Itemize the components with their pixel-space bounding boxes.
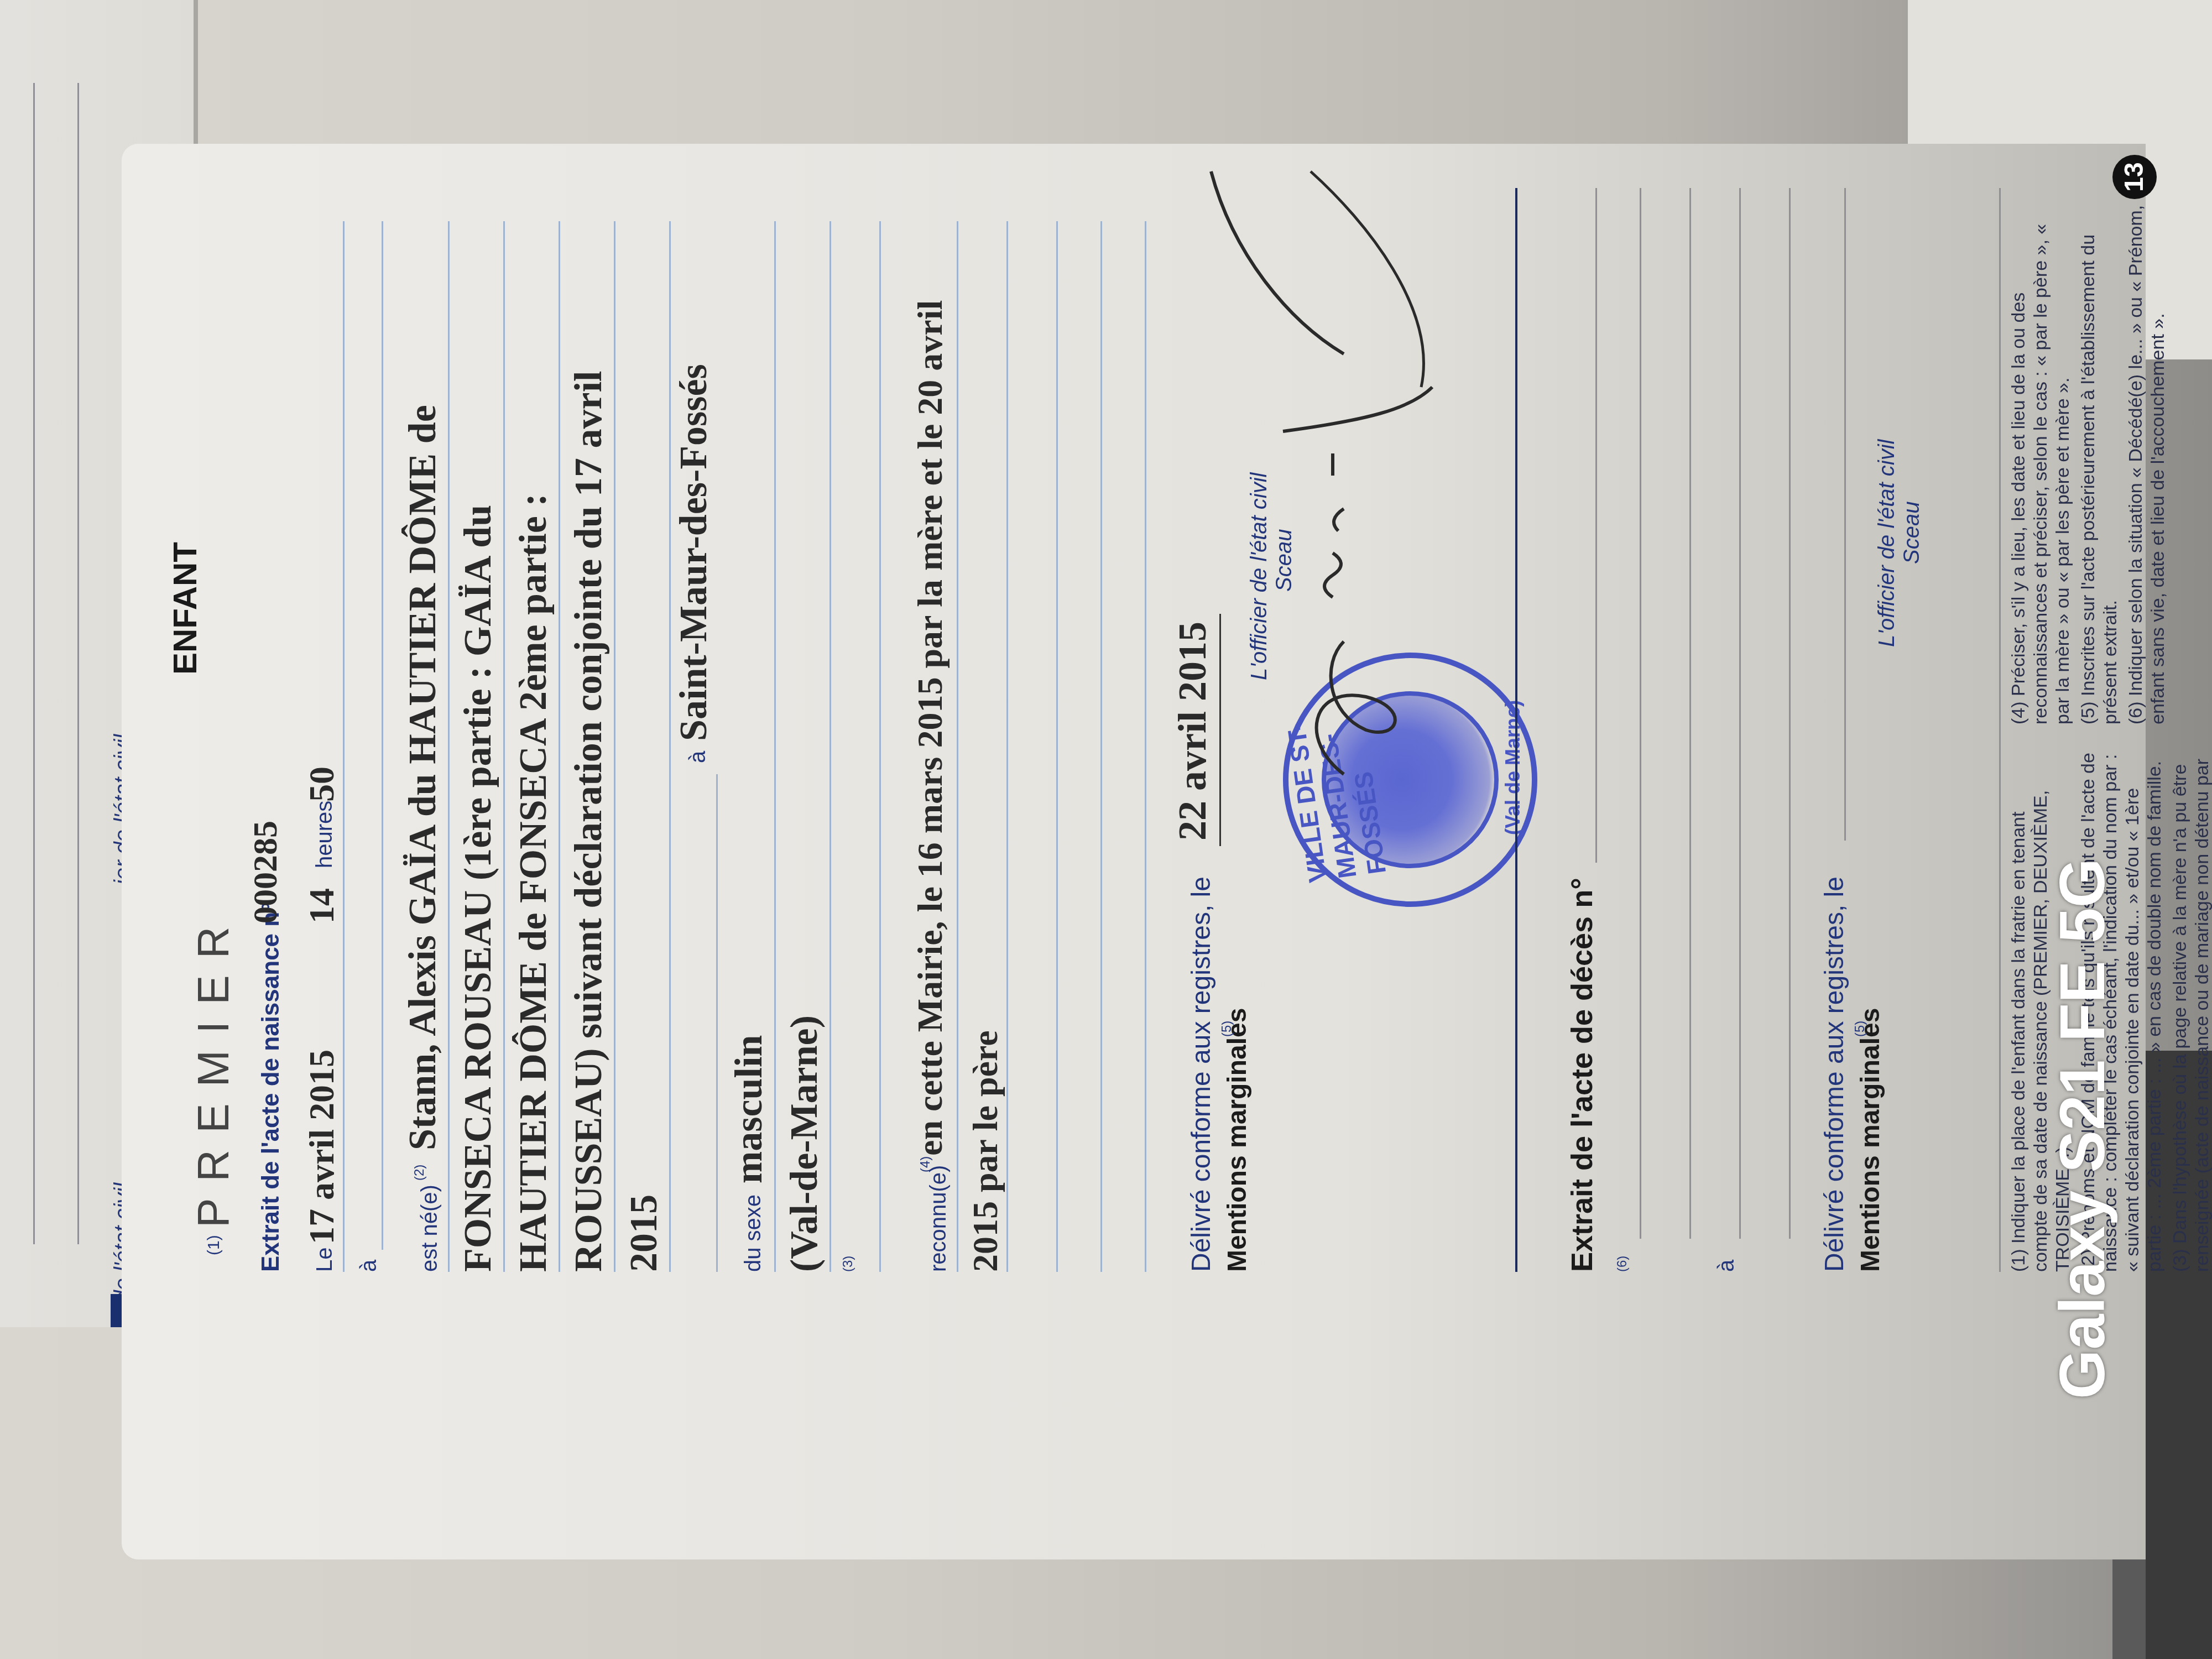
death-marginal-label: Mentions marginales xyxy=(1855,1008,1886,1272)
place-prefix: à xyxy=(357,1260,382,1272)
birth-order-note: (1) xyxy=(205,1235,223,1255)
place-at-label: à xyxy=(686,751,711,763)
death-seal-label: Sceau xyxy=(1900,502,1924,564)
death-note-6: (6) xyxy=(1615,1256,1630,1272)
death-extract-title: Extrait de l'acte de décès n° xyxy=(1565,878,1599,1272)
hours-label: heures xyxy=(312,801,337,868)
birth-date: 17 avril 2015 xyxy=(301,1050,342,1244)
department: (Val-de-Marne) xyxy=(782,1015,827,1272)
birth-extract-number: 000285 xyxy=(246,821,285,924)
death-place-label: à xyxy=(1714,1260,1739,1272)
sex-label: du sexe xyxy=(741,1194,766,1272)
footnote-4: (4) Préciser, s'il y a lieu, les date et… xyxy=(2007,199,2074,724)
officer-signature xyxy=(1200,144,1488,807)
child-name-line-1: Stann, Alexis GAÏA du HAUTIER DÔME de xyxy=(401,405,445,1150)
page-number-badge: 13 xyxy=(2112,155,2157,199)
footnote-6: (6) Indiquer selon la situation « Décédé… xyxy=(2125,199,2169,724)
child-name-line-3: HAUTIER DÔME de FONSECA 2ème partie : xyxy=(512,493,556,1272)
delivered-label: Délivré conforme aux registres, le xyxy=(1186,877,1217,1272)
born-label: est né(e) xyxy=(418,1185,442,1272)
birth-hour: 14 xyxy=(301,888,342,924)
death-delivered-label: Délivré conforme aux registres, le xyxy=(1819,877,1850,1272)
rotated-document: ier de l'état civil Sceau r de l'état ci… xyxy=(0,0,2212,1659)
child-name-line-2: FONSECA ROUSEAU (1ère partie : GAÏA du xyxy=(456,505,500,1272)
recognized-note: (4) xyxy=(918,1156,933,1172)
section-label: ENFANT xyxy=(166,542,204,675)
footnotes-right: (4) Préciser, s'il y a lieu, les date et… xyxy=(2007,199,2172,724)
child-name-line-5: 2015 xyxy=(622,1194,666,1272)
birth-order: PREMIER xyxy=(188,910,239,1228)
date-label: Le xyxy=(312,1248,337,1272)
death-marginal-note: (5) xyxy=(1853,1021,1868,1037)
birth-place: Saint-Maur-des-Fossés xyxy=(672,364,716,741)
recognized-line-2: 2015 par le père xyxy=(965,1030,1006,1272)
born-note: (2) xyxy=(412,1165,427,1181)
birth-extract-title: Extrait de l'acte de naissance n° xyxy=(257,902,285,1272)
death-officer-label: L'officier de l'état civil xyxy=(1875,440,1900,647)
footnote-5: (5) Inscrites sur l'acte postérieurement… xyxy=(2077,199,2121,724)
child-name-line-4: ROUSSEAU) suivant déclaration conjointe … xyxy=(567,371,611,1272)
sex-value: masculin xyxy=(727,1035,771,1183)
stamp-sub-text: (Val de Marne) xyxy=(1501,700,1525,835)
main-page: (1) PREMIER ENFANT Extrait de l'acte de … xyxy=(122,144,2146,1559)
footnote-3: (3) Dans l'hypothèse où la page relative… xyxy=(2169,747,2212,1272)
note-3: (3) xyxy=(841,1256,856,1272)
recognized-label: reconnu(e) xyxy=(926,1165,951,1272)
marginal-label: Mentions marginales xyxy=(1222,1008,1253,1272)
recognized-line-1: en cette Mairie, le 16 mars 2015 par la … xyxy=(910,300,951,1156)
camera-watermark: Galaxy S21 FE 5G xyxy=(2046,858,2119,1399)
birth-minutes: 50 xyxy=(301,766,342,802)
marginal-note: (5) xyxy=(1219,1021,1235,1037)
